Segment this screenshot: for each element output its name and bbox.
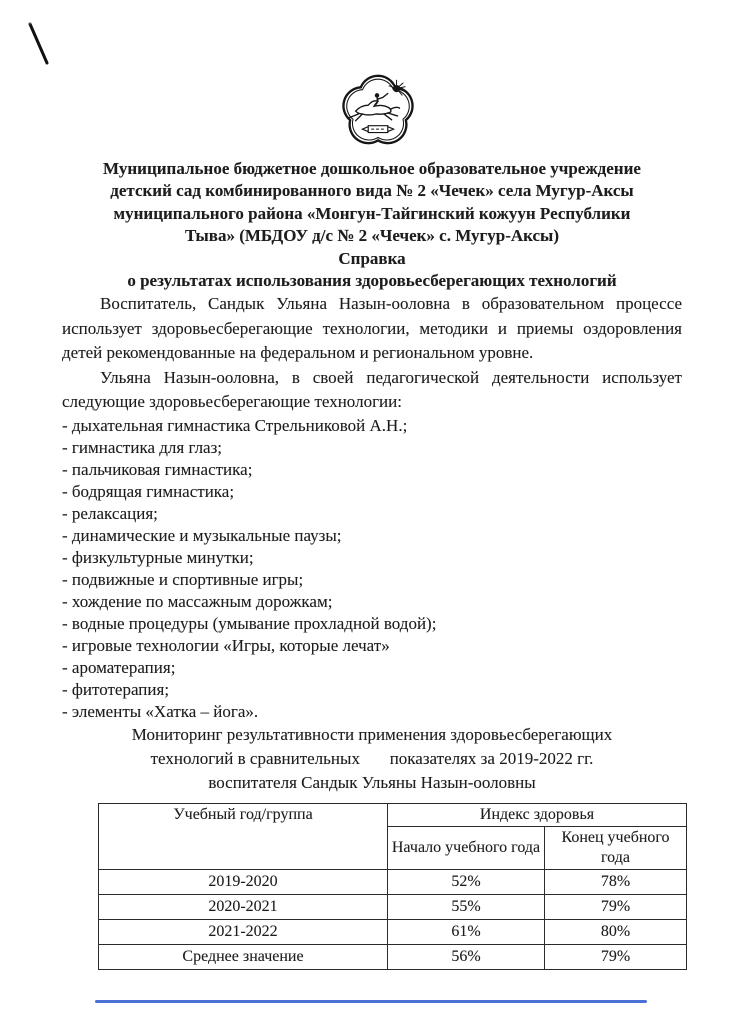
table-row: 2021-2022 61% 80% bbox=[99, 919, 687, 944]
list-item: - релаксация; bbox=[62, 503, 682, 525]
list-item: - пальчиковая гимнастика; bbox=[62, 459, 682, 481]
table-cell: 55% bbox=[388, 894, 545, 919]
body-paragraph: Воспитатель, Сандык Ульяна Назын-ооловна… bbox=[62, 292, 682, 366]
emblem-logo bbox=[0, 72, 744, 154]
list-item: - подвижные и спортивные игры; bbox=[62, 569, 682, 591]
table-cell: 78% bbox=[545, 869, 687, 894]
list-item: - ароматерапия; bbox=[62, 657, 682, 679]
table-header-cell: Начало учебного года bbox=[388, 826, 545, 869]
table-cell: 56% bbox=[388, 944, 545, 969]
monitoring-heading: Мониторинг результативности применения з… bbox=[62, 723, 682, 795]
health-index-table: Учебный год/группа Индекс здоровья Начал… bbox=[98, 803, 687, 970]
list-item: - фитотерапия; bbox=[62, 679, 682, 701]
table-cell: 2019-2020 bbox=[99, 869, 388, 894]
table-cell: 79% bbox=[545, 894, 687, 919]
table-cell: 2021-2022 bbox=[99, 919, 388, 944]
table-row: 2020-2021 55% 79% bbox=[99, 894, 687, 919]
list-item: - хождение по массажным дорожкам; bbox=[62, 591, 682, 613]
doc-subtitle: о результатах использования здоровьесбер… bbox=[62, 270, 682, 292]
table-row: Среднее значение 56% 79% bbox=[99, 944, 687, 969]
table-cell: Среднее значение bbox=[99, 944, 388, 969]
table-header-cell: Индекс здоровья bbox=[388, 803, 687, 826]
table-row: 2019-2020 52% 78% bbox=[99, 869, 687, 894]
table-cell: 79% bbox=[545, 944, 687, 969]
list-item: - физкультурные минутки; bbox=[62, 547, 682, 569]
list-item: - бодрящая гимнастика; bbox=[62, 481, 682, 503]
list-item: - игровые технологии «Игры, которые леча… bbox=[62, 635, 682, 657]
table-header-cell: Конец учебного года bbox=[545, 826, 687, 869]
monitoring-heading-line: технологий в сравнительных показателях з… bbox=[62, 747, 682, 771]
document-content: Муниципальное бюджетное дошкольное образ… bbox=[62, 158, 682, 970]
flower-horse-emblem-icon bbox=[329, 72, 427, 154]
org-name-line: детский сад комбинированного вида № 2 «Ч… bbox=[62, 180, 682, 202]
scan-blue-line bbox=[95, 1000, 647, 1003]
table-header-row: Учебный год/группа Индекс здоровья bbox=[99, 803, 687, 826]
list-item: - гимнастика для глаз; bbox=[62, 437, 682, 459]
monitoring-heading-line: воспитателя Сандык Ульяны Назын-ооловны bbox=[62, 771, 682, 795]
table-cell: 80% bbox=[545, 919, 687, 944]
list-item: - динамические и музыкальные паузы; bbox=[62, 525, 682, 547]
table-cell: 2020-2021 bbox=[99, 894, 388, 919]
monitoring-heading-line: Мониторинг результативности применения з… bbox=[62, 723, 682, 747]
pen-stroke-icon bbox=[26, 20, 54, 70]
list-item: - дыхательная гимнастика Стрельниковой А… bbox=[62, 415, 682, 437]
technology-list: - дыхательная гимнастика Стрельниковой А… bbox=[62, 415, 682, 723]
document-page: Муниципальное бюджетное дошкольное образ… bbox=[0, 0, 744, 1024]
list-item: - водные процедуры (умывание прохладной … bbox=[62, 613, 682, 635]
ribbon-banner bbox=[362, 126, 393, 133]
org-name-line: Муниципальное бюджетное дошкольное образ… bbox=[62, 158, 682, 180]
table-cell: 52% bbox=[388, 869, 545, 894]
list-item: - элементы «Хатка – йога». bbox=[62, 701, 682, 723]
table-cell: 61% bbox=[388, 919, 545, 944]
horse-rider-figure bbox=[349, 93, 400, 121]
table-header-cell: Учебный год/группа bbox=[99, 803, 388, 869]
body-paragraph: Ульяна Назын-ооловна, в своей педагогиче… bbox=[62, 366, 682, 415]
doc-title: Справка bbox=[62, 248, 682, 270]
org-name-line: Тыва» (МБДОУ д/с № 2 «Чечек» с. Мугур-Ак… bbox=[62, 225, 682, 247]
org-name-line: муниципального района «Монгун-Тайгинский… bbox=[62, 203, 682, 225]
